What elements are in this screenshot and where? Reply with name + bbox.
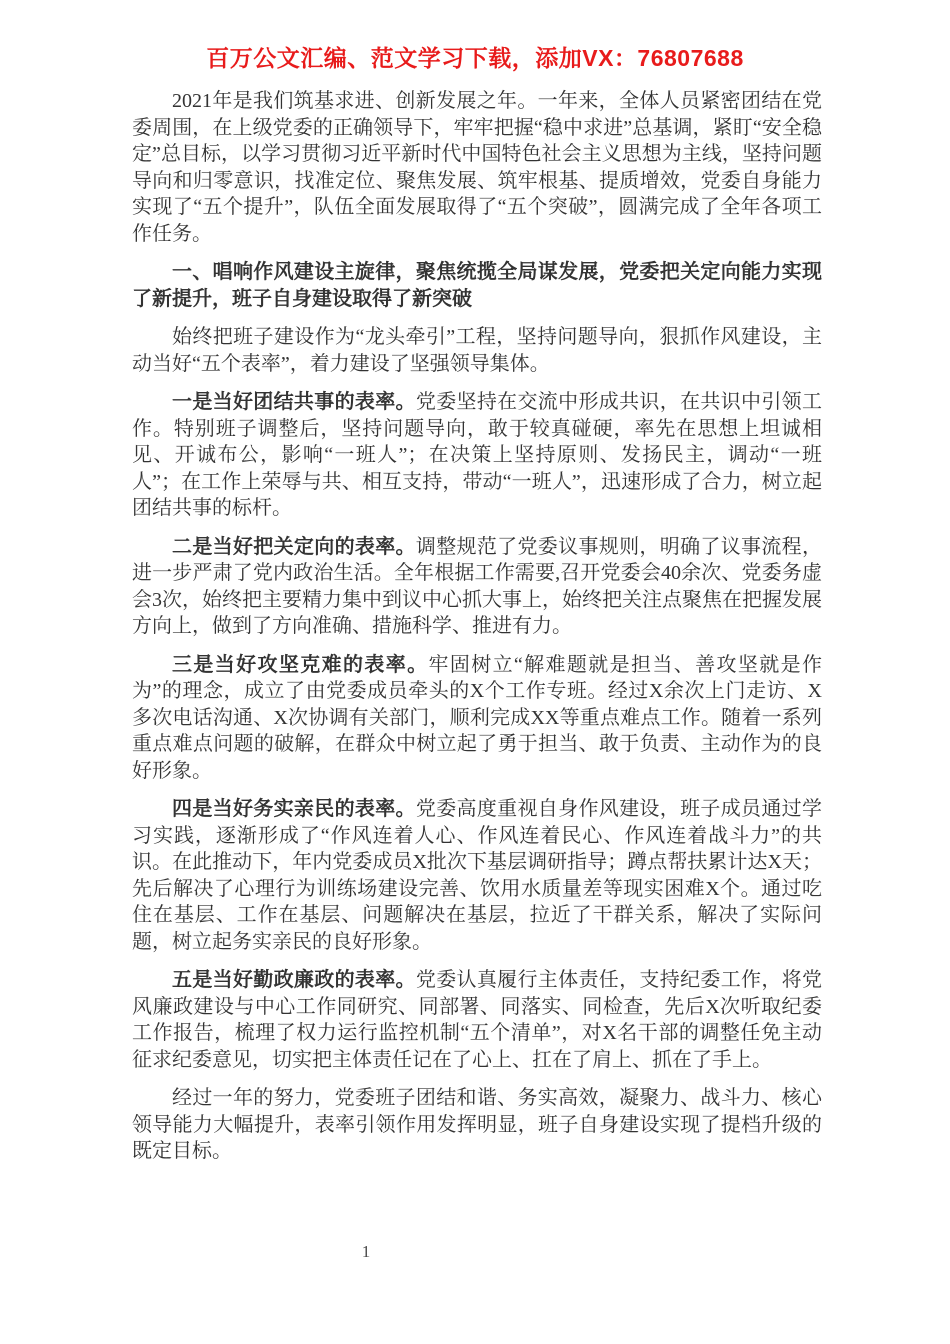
paragraph-lead: 五是当好勤政廉政的表率。 [172,969,416,991]
paragraph: 三是当好攻坚克难的表率。牢固树立“解难题就是担当、善攻坚就是作为”的理念，成立了… [132,652,822,785]
paragraph: 始终把班子建设作为“龙头牵引”工程，坚持问题导向，狠抓作风建设，主动当好“五个表… [132,324,822,377]
paragraph-text: 2021年是我们筑基求进、创新发展之年。一年来，全体人员紧密团结在党委周围，在上… [132,90,822,245]
document-page: 百万公文汇编、范文学习下载，添加VX：76807688 2021年是我们筑基求进… [0,0,950,1344]
paragraph-lead: 三是当好攻坚克难的表率。 [172,654,428,676]
paragraph: 五是当好勤政廉政的表率。党委认真履行主体责任，支持纪委工作，将党风廉政建设与中心… [132,967,822,1073]
paragraph-text: 始终把班子建设作为“龙头牵引”工程，坚持问题导向，狠抓作风建设，主动当好“五个表… [132,326,822,375]
paragraph: 一是当好团结共事的表率。党委坚持在交流中形成共识，在共识中引领工作。特别班子调整… [132,389,822,522]
paragraph-text: 一、唱响作风建设主旋律，聚焦统揽全局谋发展，党委把关定向能力实现了新提升，班子自… [132,261,822,310]
paragraph: 2021年是我们筑基求进、创新发展之年。一年来，全体人员紧密团结在党委周围，在上… [132,88,822,247]
paragraph-lead: 一是当好团结共事的表率。 [172,391,416,413]
page-number: 1 [356,1242,376,1262]
paragraph: 二是当好把关定向的表率。调整规范了党委议事规则，明确了议事流程，进一步严肃了党内… [132,534,822,640]
paragraph: 经过一年的努力，党委班子团结和谐、务实高效，凝聚力、战斗力、核心领导能力大幅提升… [132,1085,822,1165]
paragraph-lead: 四是当好务实亲民的表率。 [172,798,416,820]
section-heading: 一、唱响作风建设主旋律，聚焦统揽全局谋发展，党委把关定向能力实现了新提升，班子自… [132,259,822,312]
paragraph: 四是当好务实亲民的表率。党委高度重视自身作风建设，班子成员通过学习实践，逐渐形成… [132,796,822,955]
header-notice: 百万公文汇编、范文学习下载，添加VX：76807688 [0,44,950,72]
paragraph-lead: 二是当好把关定向的表率。 [172,536,416,558]
document-body: 2021年是我们筑基求进、创新发展之年。一年来，全体人员紧密团结在党委周围，在上… [132,88,822,1165]
paragraph-text: 党委高度重视自身作风建设，班子成员通过学习实践，逐渐形成了“作风连着人心、作风连… [132,798,822,953]
paragraph-text: 经过一年的努力，党委班子团结和谐、务实高效，凝聚力、战斗力、核心领导能力大幅提升… [132,1087,822,1162]
